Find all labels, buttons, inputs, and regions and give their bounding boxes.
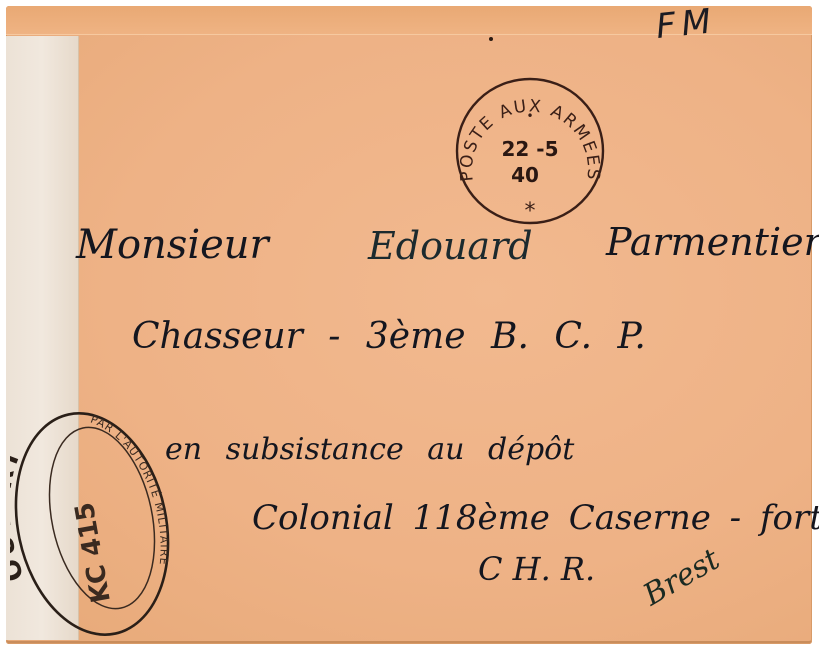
franchise-militaire-mark: FM (654, 1, 719, 47)
address-chr: C H. R. (478, 550, 595, 588)
postmark: POSTE AUX ARMEES • 22 -5 40 * (453, 76, 607, 226)
postmark-top-symbol: • (526, 109, 533, 123)
censor-stamp: OUVERT PAR L'AUTORITÉ MILITAIRE KC 415 (10, 406, 170, 642)
address-barracks: Colonial 118ème Caserne - fortifiée (252, 498, 819, 538)
postmark-year: 40 (511, 163, 539, 187)
censor-inner-code: KC 415 (70, 500, 117, 605)
address-last-name: Parmentier (606, 220, 819, 264)
ink-dot (489, 37, 493, 41)
address-first-name: Edouard (368, 224, 533, 268)
censor-stamp-icon: OUVERT PAR L'AUTORITÉ MILITAIRE KC 415 (10, 406, 170, 642)
postmark-icon: POSTE AUX ARMEES • 22 -5 40 * (453, 76, 607, 226)
address-unit: Chasseur - 3ème B. C. P. (132, 316, 646, 357)
address-title: Monsieur (76, 222, 269, 268)
postmark-star: * (525, 199, 536, 224)
address-subsistence: en subsistance au dépôt (165, 432, 574, 467)
postmark-date: 22 -5 (501, 137, 558, 161)
